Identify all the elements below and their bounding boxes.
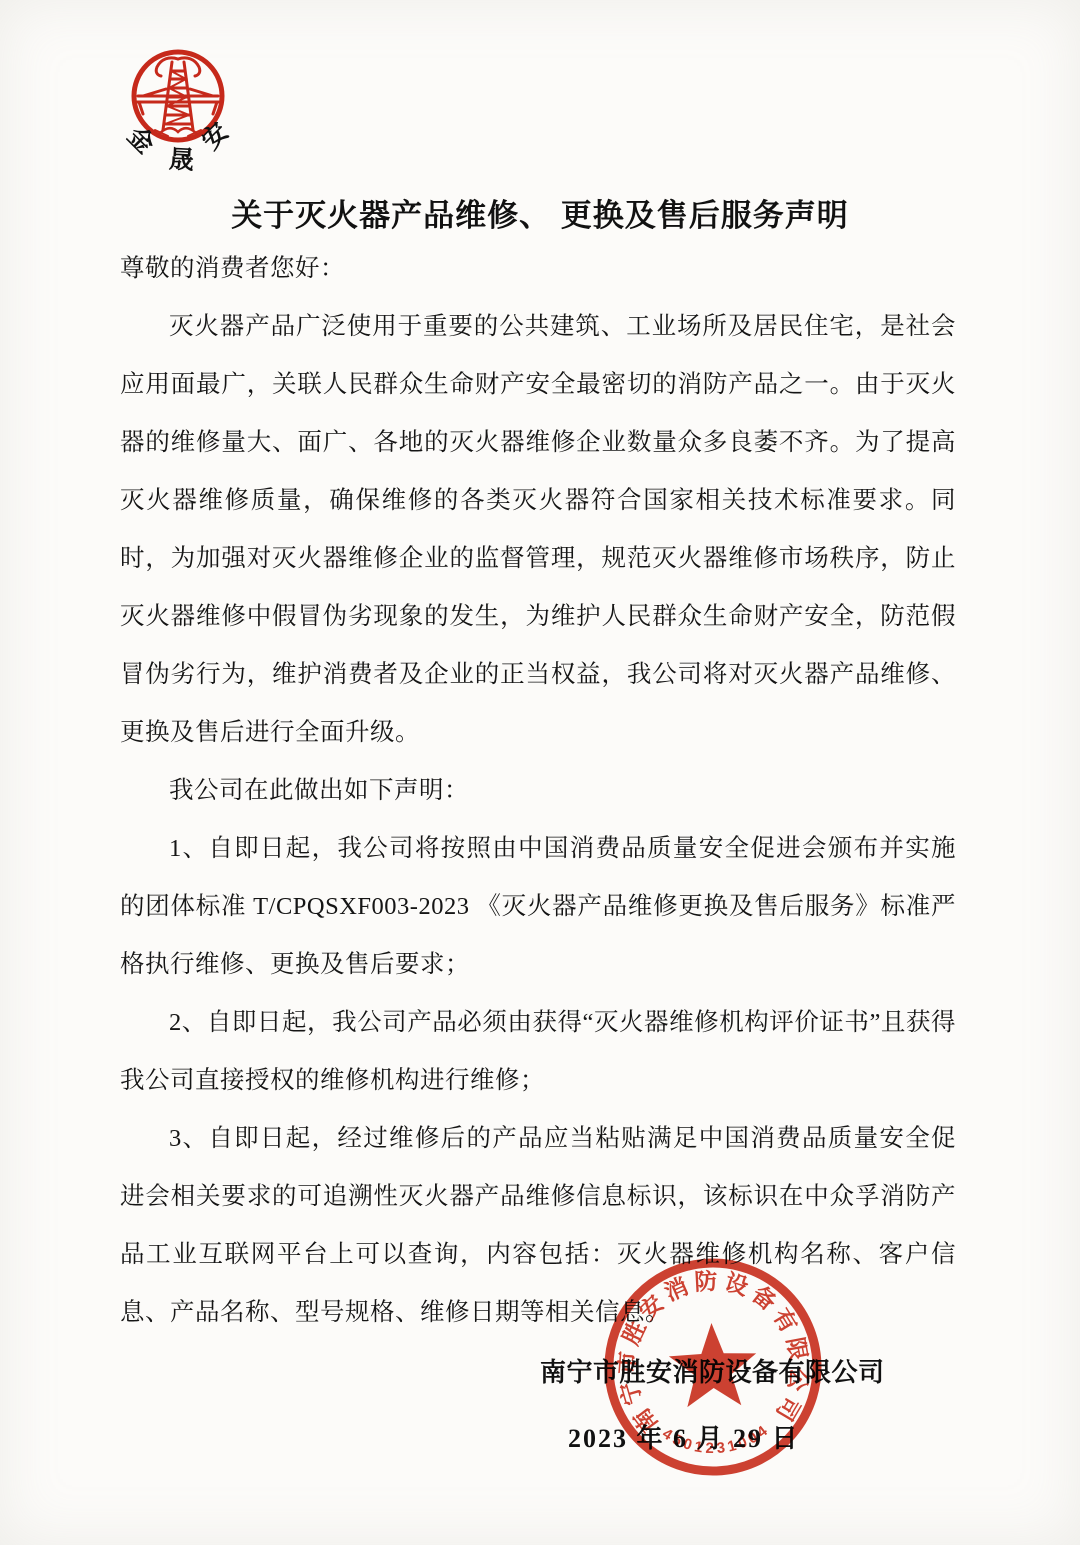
document-body: 尊敬的消费者您好： 灭火器产品广泛使用于重要的公共建筑、工业场所及居民住宅，是社… bbox=[120, 240, 956, 1342]
body-paragraph-2: 我公司在此做出如下声明： bbox=[120, 762, 956, 820]
body-paragraph-1: 灭火器产品广泛使用于重要的公共建筑、工业场所及居民住宅，是社会应用面最广，关联人… bbox=[120, 298, 956, 762]
transmission-tower-logo-icon: 金 晟 安 bbox=[122, 44, 234, 196]
body-paragraph-4: 2、自即日起，我公司产品必须由获得“灭火器维修机构评价证书”且获得我公司直接授权… bbox=[120, 994, 956, 1110]
body-paragraph-3: 1、自即日起，我公司将按照由中国消费品质量安全促进会颁布并实施的团体标准 T/C… bbox=[120, 820, 956, 994]
company-logo: 金 晟 安 bbox=[122, 44, 234, 196]
greeting-line: 尊敬的消费者您好： bbox=[120, 240, 956, 298]
company-seal-stamp-icon: 南宁市胜安消防设备有限公司 4501231004220 bbox=[590, 1244, 838, 1492]
logo-char-center: 晟 bbox=[168, 145, 194, 174]
logo-char-left: 金 bbox=[122, 121, 160, 159]
scanned-document-page: 金 晟 安 关于灭火器产品维修、 更换及售后服务声明 尊敬的消费者您好： 灭火器… bbox=[0, 0, 1080, 1545]
company-seal: 南宁市胜安消防设备有限公司 4501231004220 bbox=[590, 1244, 838, 1492]
document-title: 关于灭火器产品维修、 更换及售后服务声明 bbox=[0, 190, 1080, 235]
seal-star-icon bbox=[668, 1322, 758, 1408]
logo-char-right: 安 bbox=[197, 118, 234, 155]
